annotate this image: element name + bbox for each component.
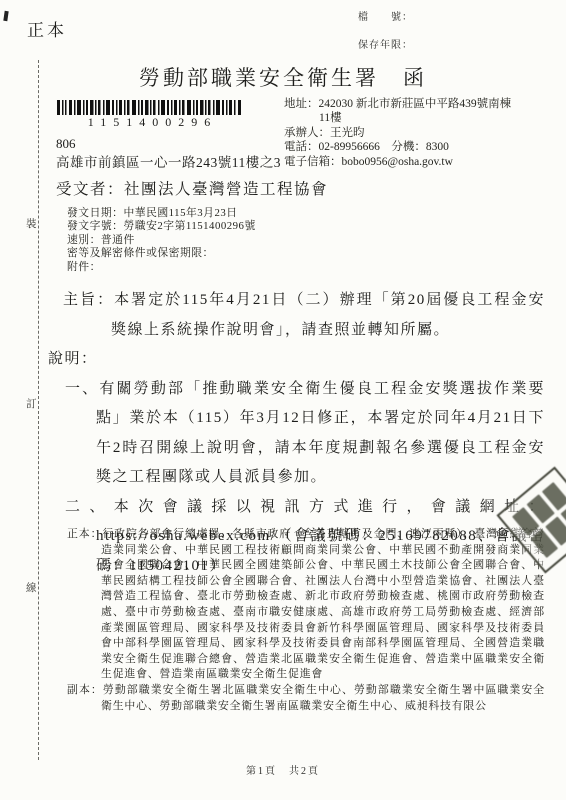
meta-security: 密等及解密條件或保密期限： bbox=[67, 247, 256, 260]
page-number-footer: 第1頁 共2頁 bbox=[0, 762, 566, 777]
cc-secondary: 副本：勞動部職業安全衛生署北區職業安全衛生中心、勞動部職業安全衛生署中區職業安全… bbox=[67, 683, 545, 714]
meta-doc-number: 發文字號：勞職安2字第1151400296號 bbox=[67, 220, 256, 233]
recipient-street: 高雄市前鎮區一心一路243號11樓之3 bbox=[56, 151, 281, 171]
binding-mark-zhuang: 裝 bbox=[26, 216, 37, 231]
barcode-number: 1151400296 bbox=[57, 115, 241, 130]
item-number: 二、 bbox=[65, 499, 114, 515]
barcode-block: 1151400296 bbox=[57, 100, 241, 130]
recipient-label: 受文者： bbox=[56, 181, 124, 198]
official-letter-page: 正本 檔 號： 保存年限： 勞動部職業安全衛生署 函 bbox=[0, 0, 566, 800]
document-meta-block: 發文日期：中華民國115年3月23日 發文字號：勞職安2字第1151400296… bbox=[67, 207, 256, 274]
item-number: 一、 bbox=[65, 381, 99, 397]
subject-label: 主旨： bbox=[63, 292, 114, 308]
explanation-item-1: 一、有關勞動部「推動職業安全衛生優良工程金安獎選拔作業要點」業於本（115）年3… bbox=[65, 375, 545, 493]
scan-artifact bbox=[3, 11, 8, 21]
sender-phone: 電話：02-89956666 分機：8300 bbox=[284, 140, 528, 154]
cc-primary: 正本：行政院各部會行總處署、各縣市政府（含各直轄市及金門、連江兩縣）、臺灣區綜合… bbox=[67, 527, 545, 683]
explanation-label: 說明： bbox=[48, 345, 545, 375]
barcode bbox=[57, 100, 241, 115]
file-number-label: 檔 號： bbox=[358, 8, 413, 23]
sender-address: 地址：242030 新北市新莊區中平路439號南棟11樓 bbox=[284, 97, 528, 126]
distribution-block: 正本：行政院各部會行總處署、各縣市政府（含各直轄市及金門、連江兩縣）、臺灣區綜合… bbox=[67, 527, 545, 714]
retention-period-label: 保存年限： bbox=[358, 36, 413, 51]
sender-contact: 承辦人：王光昀 bbox=[284, 126, 528, 140]
document-title: 勞動部職業安全衛生署 函 bbox=[0, 62, 566, 92]
meta-issue-date: 發文日期：中華民國115年3月23日 bbox=[67, 207, 256, 220]
recipient-line: 受文者：社團法人臺灣營造工程協會 bbox=[56, 177, 328, 199]
cc-secondary-label: 副本： bbox=[67, 684, 103, 696]
cc-primary-list: 行政院各部會行總處署、各縣市政府（含各直轄市及金門、連江兩縣）、臺灣區綜合營造業… bbox=[101, 528, 545, 680]
file-reference-box: 檔 號： 保存年限： bbox=[358, 8, 413, 64]
subject-text: 本署定於115年4月21日（二）辦理「第20屆優良工程金安獎線上系統操作說明會」… bbox=[111, 292, 545, 338]
binding-mark-ding: 訂 bbox=[26, 396, 37, 411]
recipient-zip: 806 bbox=[56, 136, 76, 152]
sender-email: 電子信箱：bobo0956@osha.gov.tw bbox=[284, 155, 528, 169]
subject-paragraph: 主旨：本署定於115年4月21日（二）辦理「第20屆優良工程金安獎線上系統操作說… bbox=[63, 286, 545, 345]
sender-info-block: 地址：242030 新北市新莊區中平路439號南棟11樓 承辦人：王光昀 電話：… bbox=[284, 97, 528, 169]
binding-mark-xian: 線 bbox=[26, 580, 37, 595]
cc-primary-label: 正本： bbox=[67, 528, 102, 540]
binding-dashed-line bbox=[38, 60, 39, 760]
recipient-name: 社團法人臺灣營造工程協會 bbox=[124, 181, 328, 198]
meta-attachment: 附件： bbox=[67, 261, 256, 274]
meta-speed: 速別：普通件 bbox=[67, 234, 256, 247]
copy-type-label: 正本 bbox=[27, 16, 67, 41]
item-text: 有關勞動部「推動職業安全衛生優良工程金安獎選拔作業要點」業於本（115）年3月1… bbox=[96, 381, 545, 486]
cc-secondary-list: 勞動部職業安全衛生署北區職業安全衛生中心、勞動部職業安全衛生署中區職業安全衛生中… bbox=[101, 684, 545, 712]
